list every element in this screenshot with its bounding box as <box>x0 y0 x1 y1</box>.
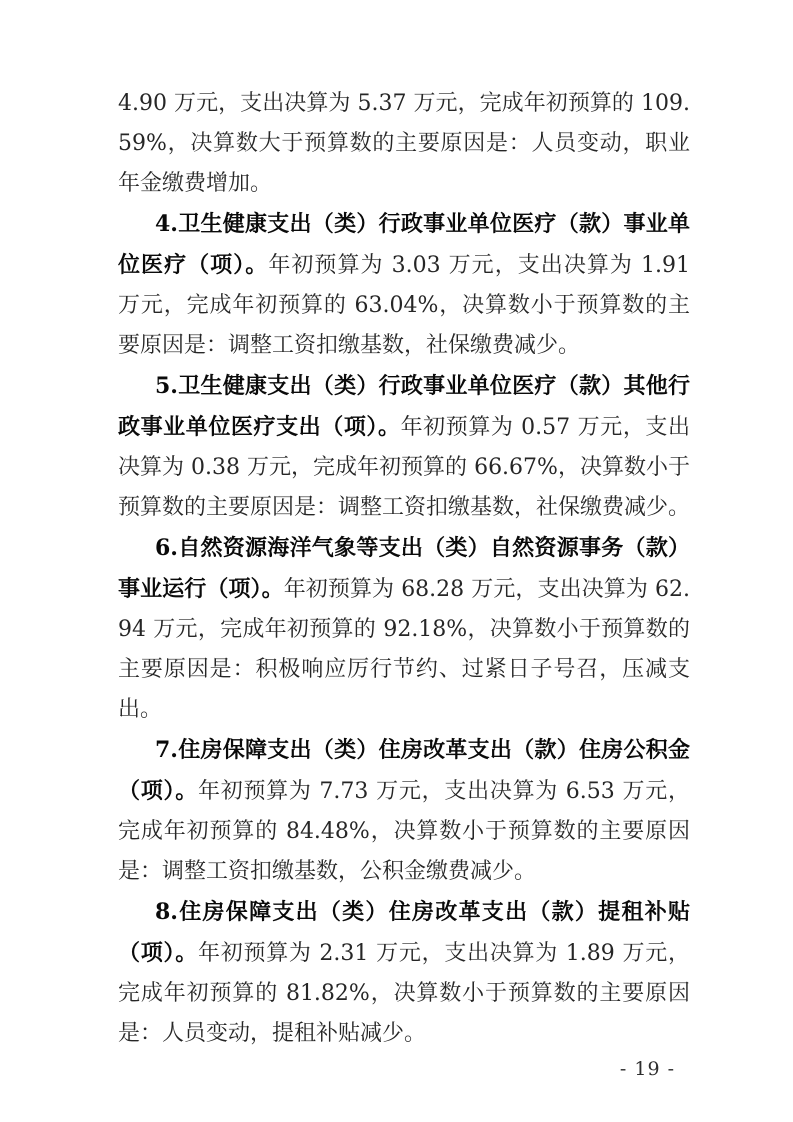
document-body: 4.90 万元，支出决算为 5.37 万元，完成年初预算的 109.59%，决算… <box>118 84 690 1054</box>
paragraph-text: 4.90 万元，支出决算为 5.37 万元，完成年初预算的 109.59%，决算… <box>118 91 690 196</box>
paragraph: 4.90 万元，支出决算为 5.37 万元，完成年初预算的 109.59%，决算… <box>118 84 690 204</box>
paragraph-text: 年初预算为 2.31 万元，支出决算为 1.89 万元，完成年初预算的 81.8… <box>118 941 690 1046</box>
paragraph: 8.住房保障支出（类）住房改革支出（款）提租补贴（项）。年初预算为 2.31 万… <box>118 892 690 1054</box>
paragraph: 4.卫生健康支出（类）行政事业单位医疗（款）事业单位医疗（项）。年初预算为 3.… <box>118 204 690 366</box>
paragraph: 6.自然资源海洋气象等支出（类）自然资源事务（款）事业运行（项）。年初预算为 6… <box>118 528 690 730</box>
paragraph-text: 年初预算为 7.73 万元，支出决算为 6.53 万元，完成年初预算的 84.4… <box>118 779 690 884</box>
document-page: 4.90 万元，支出决算为 5.37 万元，完成年初预算的 109.59%，决算… <box>0 0 793 1122</box>
paragraph: 7.住房保障支出（类）住房改革支出（款）住房公积金（项）。年初预算为 7.73 … <box>118 730 690 892</box>
page-number: - 19 - <box>620 1056 675 1082</box>
paragraph: 5.卫生健康支出（类）行政事业单位医疗（款）其他行政事业单位医疗支出（项）。年初… <box>118 366 690 528</box>
